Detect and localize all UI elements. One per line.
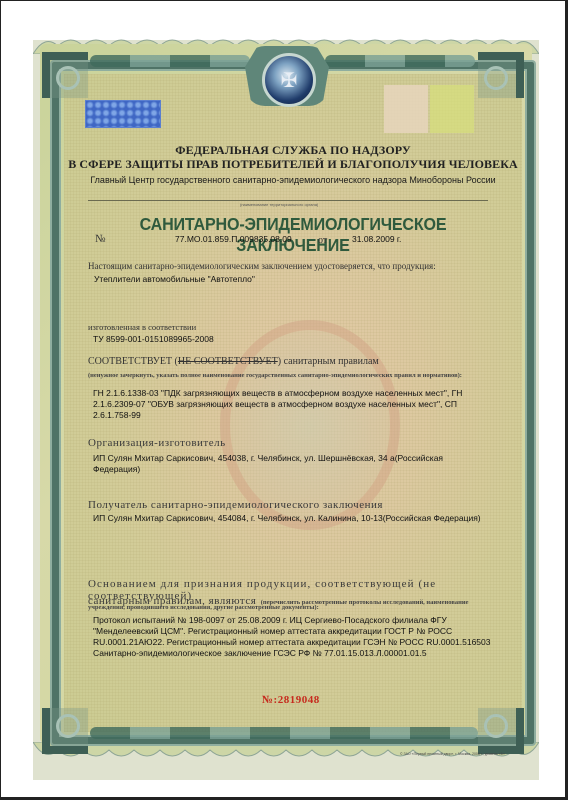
corner-ornament-top-left: [42, 52, 88, 98]
manufacturer-line-1: ИП Сулян Мхитар Саркисович, 454038, г. Ч…: [93, 453, 443, 463]
product-intro: Настоящим санитарно-эпидемиологическим з…: [88, 261, 436, 271]
compliance-statement: СООТВЕТСТВУЕТ (НЕ СООТВЕТСТВУЕТ) санитар…: [88, 356, 379, 367]
hologram-icon: [85, 100, 161, 128]
agency-name-line1: ФЕДЕРАЛЬНАЯ СЛУЖБА ПО НАДЗОРУ: [64, 143, 522, 158]
recipient-label: Получатель санитарно-эпидемиологического…: [88, 499, 383, 511]
rules-line-2: 2.1.6.2309-07 "ОБУВ загрязняющих веществ…: [93, 399, 457, 409]
double-headed-eagle-icon: ✠: [262, 53, 316, 107]
issuer-caption: (наименование территориального органа): [240, 202, 318, 207]
manufacturer-line-2: Федерация): [93, 464, 140, 474]
basis-doc-1: Протокол испытаний № 198-0097 от 25.08.2…: [93, 615, 447, 625]
product-name: Утеплители автомобильные "Автотепло": [94, 274, 255, 284]
complies-text: СООТВЕТСТВУЕТ: [88, 356, 172, 367]
rules-line-3: 2.6.1.758-99: [93, 410, 141, 420]
eagle-watermark-icon-green: [430, 85, 474, 133]
eagle-watermark-icon: [384, 85, 428, 133]
guilloche-strip-top-right: [325, 55, 475, 67]
corner-ornament-bottom-right: [478, 708, 524, 754]
corner-ornament-bottom-left: [42, 708, 88, 754]
manufactured-per-label: изготовленная в соответствии: [88, 322, 196, 332]
basis-doc-2: "Менделеевский ЦСМ". Регистрационный ном…: [93, 626, 452, 636]
basis-doc-3: RU.0001.21АЮ22. Регистрационный номер ат…: [93, 637, 490, 647]
date-label: от: [318, 235, 327, 246]
document-title: САНИТАРНО-ЭПИДЕМИОЛОГИЧЕСКОЕ ЗАКЛЮЧЕНИЕ: [82, 214, 503, 256]
document-number: 77.МО.01.859.П.009835.08.09: [175, 234, 292, 244]
basis-doc-4: Санитарно-эпидемиологическое заключение …: [93, 648, 427, 658]
printer-imprint: © ЗАО «Первый печатный двор», г. Москва,…: [400, 752, 505, 756]
manufacturer-label: Организация-изготовитель: [88, 437, 226, 449]
form-serial-number: №:2819048: [262, 694, 320, 706]
agency-name-line2: В СФЕРЕ ЗАЩИТЫ ПРАВ ПОТРЕБИТЕЛЕЙ И БЛАГО…: [64, 157, 522, 172]
corner-ornament-top-right: [478, 52, 524, 98]
not-complies-struck: НЕ СООТВЕТСТВУЕТ: [178, 356, 278, 367]
rules-line-1: ГН 2.1.6.1338-03 "ПДК загрязняющих вещес…: [93, 388, 462, 398]
compliance-note: (ненужное зачеркнуть, указать полное наи…: [88, 371, 478, 380]
rules-suffix: санитарным правилам: [284, 356, 379, 367]
basis-note-2: учреждения, проводившего исследования, д…: [88, 604, 319, 611]
issuing-center: Главный Центр государственного санитарно…: [64, 175, 522, 185]
document-date: 31.08.2009 г.: [352, 234, 401, 244]
guilloche-strip-top-left: [90, 55, 250, 67]
issuer-underline: [88, 200, 488, 201]
guilloche-strip-bottom: [90, 727, 478, 739]
recipient-value: ИП Сулян Мхитар Саркисович, 454084, г. Ч…: [93, 513, 481, 523]
number-label: №: [95, 233, 106, 245]
manufactured-per-value: ТУ 8599-001-0151089965-2008: [93, 334, 214, 344]
